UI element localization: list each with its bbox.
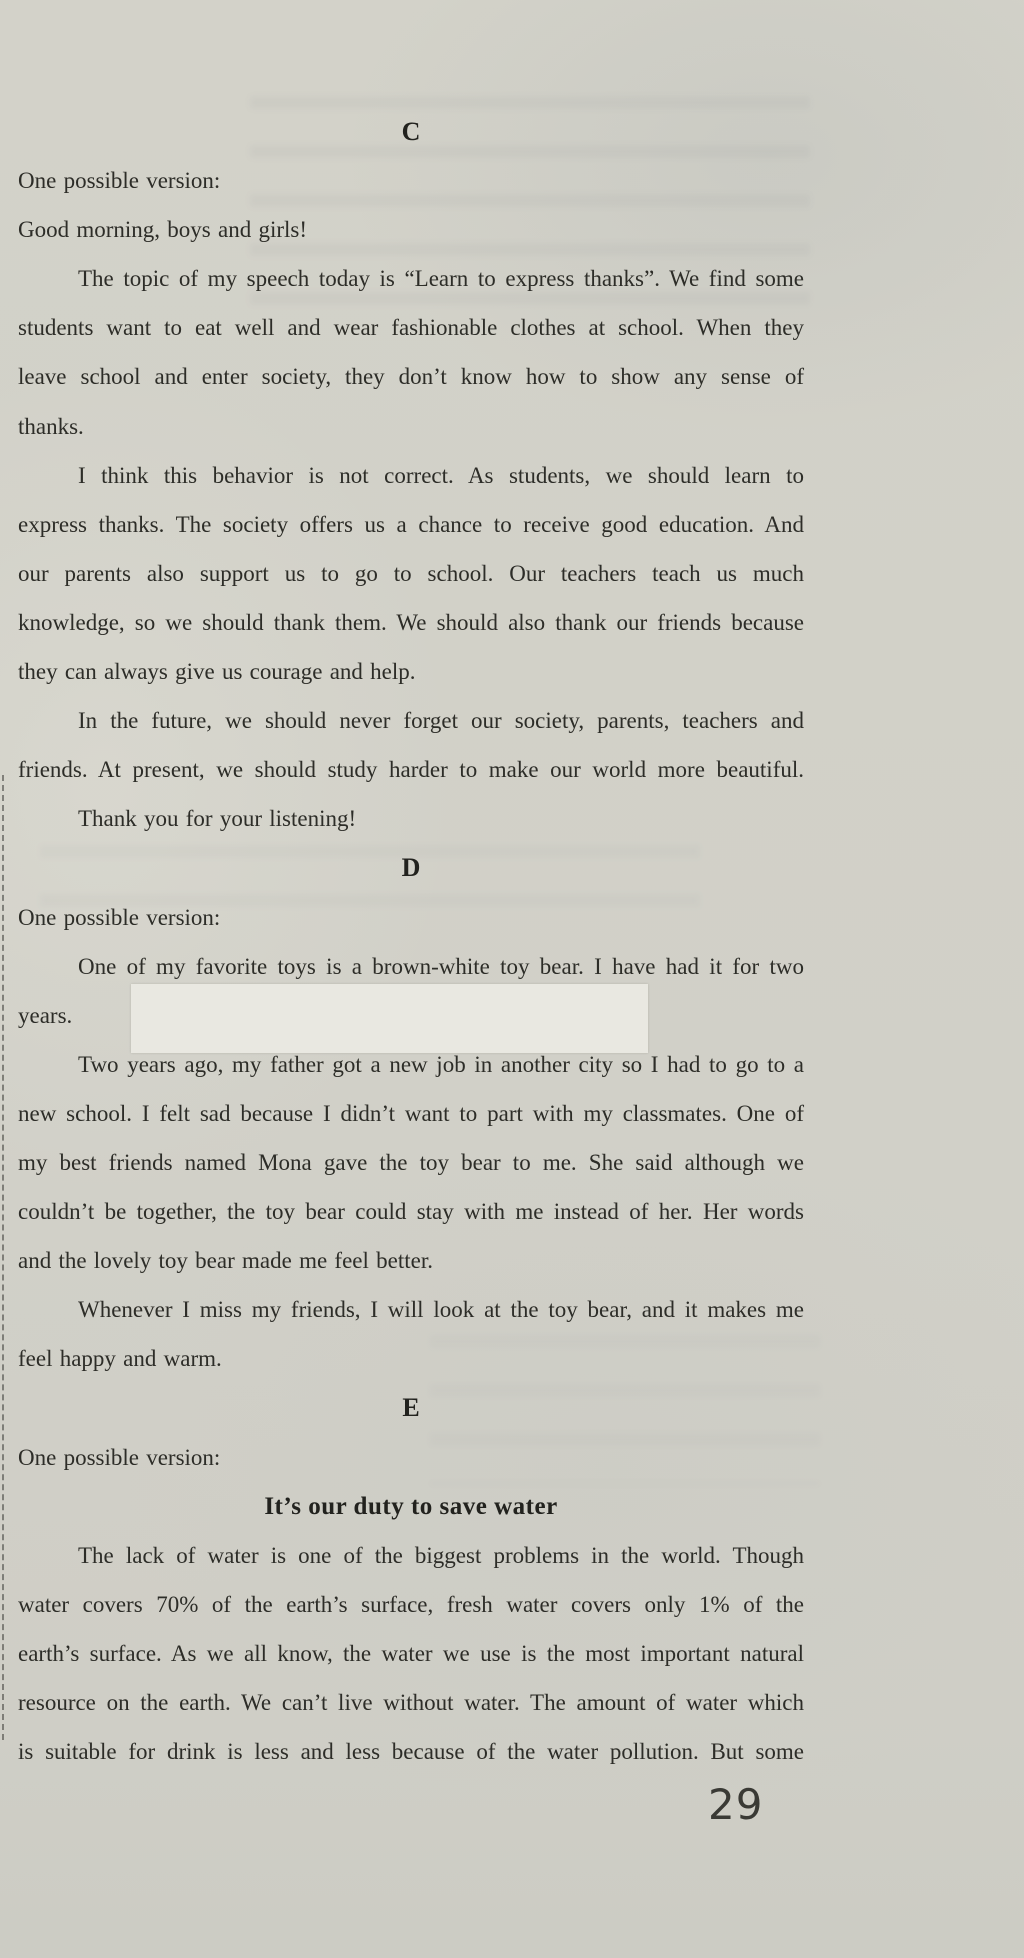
redaction-patch xyxy=(131,984,648,1053)
text-line: One possible version: xyxy=(18,1433,804,1482)
text-line: friends. At present, we should study har… xyxy=(18,745,804,794)
text-line: new school. I felt sad because I didn’t … xyxy=(18,1089,804,1138)
text-line: and the lovely toy bear made me feel bet… xyxy=(18,1236,804,1285)
section-heading-D: D xyxy=(18,843,804,892)
perforation-dashed-line xyxy=(2,775,4,1740)
text-line: One possible version: xyxy=(18,893,804,942)
text-line: The lack of water is one of the biggest … xyxy=(18,1531,804,1580)
page-number: 29 xyxy=(708,1780,763,1829)
text-line: is suitable for drink is less and less b… xyxy=(18,1727,804,1776)
text-line: knowledge, so we should thank them. We s… xyxy=(18,598,804,647)
text-line: they can always give us courage and help… xyxy=(18,647,804,696)
section-heading-E: E xyxy=(18,1383,804,1432)
text-line: our parents also support us to go to sch… xyxy=(18,549,804,598)
text-column: COne possible version:Good morning, boys… xyxy=(18,107,804,1776)
text-line: students want to eat well and wear fashi… xyxy=(18,303,804,352)
text-line: Good morning, boys and girls! xyxy=(18,205,804,254)
text-line: thanks. xyxy=(18,402,804,451)
scanned-answer-page: { "page": { "number": "29" }, "sections"… xyxy=(0,0,1024,1958)
text-line: feel happy and warm. xyxy=(18,1334,804,1383)
text-line: leave school and enter society, they don… xyxy=(18,352,804,401)
text-line: Whenever I miss my friends, I will look … xyxy=(18,1285,804,1334)
text-line: my best friends named Mona gave the toy … xyxy=(18,1138,804,1187)
text-line: express thanks. The society offers us a … xyxy=(18,500,804,549)
text-line: Thank you for your listening! xyxy=(18,794,804,843)
text-line: The topic of my speech today is “Learn t… xyxy=(18,254,804,303)
text-line: water covers 70% of the earth’s surface,… xyxy=(18,1580,804,1629)
essay-title: It’s our duty to save water xyxy=(18,1482,804,1531)
text-line: One possible version: xyxy=(18,156,804,205)
text-line: In the future, we should never forget ou… xyxy=(18,696,804,745)
text-line: earth’s surface. As we all know, the wat… xyxy=(18,1629,804,1678)
text-line: I think this behavior is not correct. As… xyxy=(18,451,804,500)
section-heading-C: C xyxy=(18,107,804,156)
text-line: couldn’t be together, the toy bear could… xyxy=(18,1187,804,1236)
text-line: resource on the earth. We can’t live wit… xyxy=(18,1678,804,1727)
